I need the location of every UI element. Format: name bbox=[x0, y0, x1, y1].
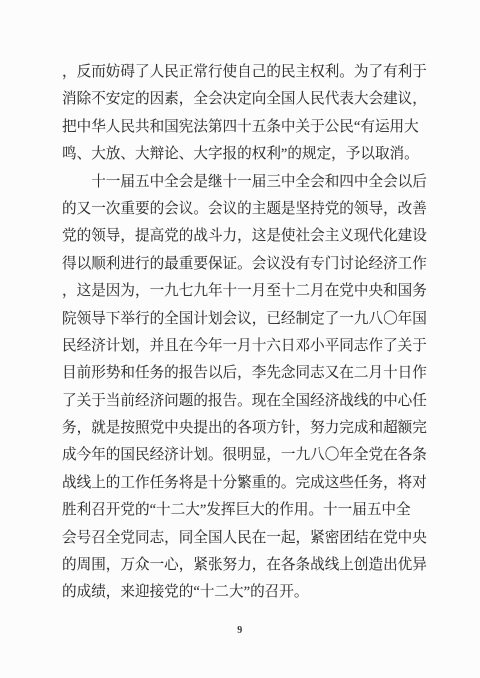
body-text: ，反而妨碍了人民正常行使自己的民主权利。为了有利于消除不安定的因素，全会决定向全… bbox=[62, 59, 430, 607]
text-line: 党的领导，提高党的战斗力，这是使社会主义现代化建设 bbox=[62, 223, 430, 250]
text-line: 胜利召开党的“十二大”发挥巨大的作用。十一届五中全 bbox=[62, 497, 430, 524]
text-line: 十一届五中全会是继十一届三中全会和四中全会以后 bbox=[62, 169, 430, 196]
page-number: 9 bbox=[0, 625, 480, 636]
text-line: 战线上的工作任务将是十分繁重的。完成这些任务，将对 bbox=[62, 470, 430, 497]
text-line: 的成绩，来迎接党的“十二大”的召开。 bbox=[62, 579, 430, 606]
text-line: 务，就是按照党中央提出的各项方针，努力完成和超额完 bbox=[62, 415, 430, 442]
text-line: 的又一次重要的会议。会议的主题是坚持党的领导，改善 bbox=[62, 196, 430, 223]
text-line: 把中华人民共和国宪法第四十五条中关于公民“有运用大 bbox=[62, 114, 430, 141]
text-line: 会号召全党同志，同全国人民在一起，紧密团结在党中央 bbox=[62, 525, 430, 552]
paragraph: ，反而妨碍了人民正常行使自己的民主权利。为了有利于消除不安定的因素，全会决定向全… bbox=[62, 59, 430, 169]
text-line: 目前形势和任务的报告以后，李先念同志又在二月十日作 bbox=[62, 360, 430, 387]
text-line: 的周围，万众一心，紧张努力，在各条战线上创造出优异 bbox=[62, 552, 430, 579]
text-line: 民经济计划，并且在今年一月十六日邓小平同志作了关于 bbox=[62, 333, 430, 360]
text-line: 成今年的国民经济计划。很明显，一九八〇年全党在各条 bbox=[62, 442, 430, 469]
text-line: ，这是因为，一九七九年十一月至十二月在党中央和国务 bbox=[62, 278, 430, 305]
text-line: 得以顺利进行的最重要保证。会议没有专门讨论经济工作 bbox=[62, 251, 430, 278]
text-line: ，反而妨碍了人民正常行使自己的民主权利。为了有利于 bbox=[62, 59, 430, 86]
text-line: 消除不安定的因素，全会决定向全国人民代表大会建议， bbox=[62, 86, 430, 113]
text-line: 院领导下举行的全国计划会议，已经制定了一九八〇年国 bbox=[62, 306, 430, 333]
text-line: 鸣、大放、大辩论、大字报的权利”的规定，予以取消。 bbox=[62, 141, 430, 168]
text-line: 了关于当前经济问题的报告。现在全国经济战线的中心任 bbox=[62, 388, 430, 415]
paragraph: 十一届五中全会是继十一届三中全会和四中全会以后的又一次重要的会议。会议的主题是坚… bbox=[62, 169, 430, 607]
document-page: ，反而妨碍了人民正常行使自己的民主权利。为了有利于消除不安定的因素，全会决定向全… bbox=[0, 0, 480, 678]
